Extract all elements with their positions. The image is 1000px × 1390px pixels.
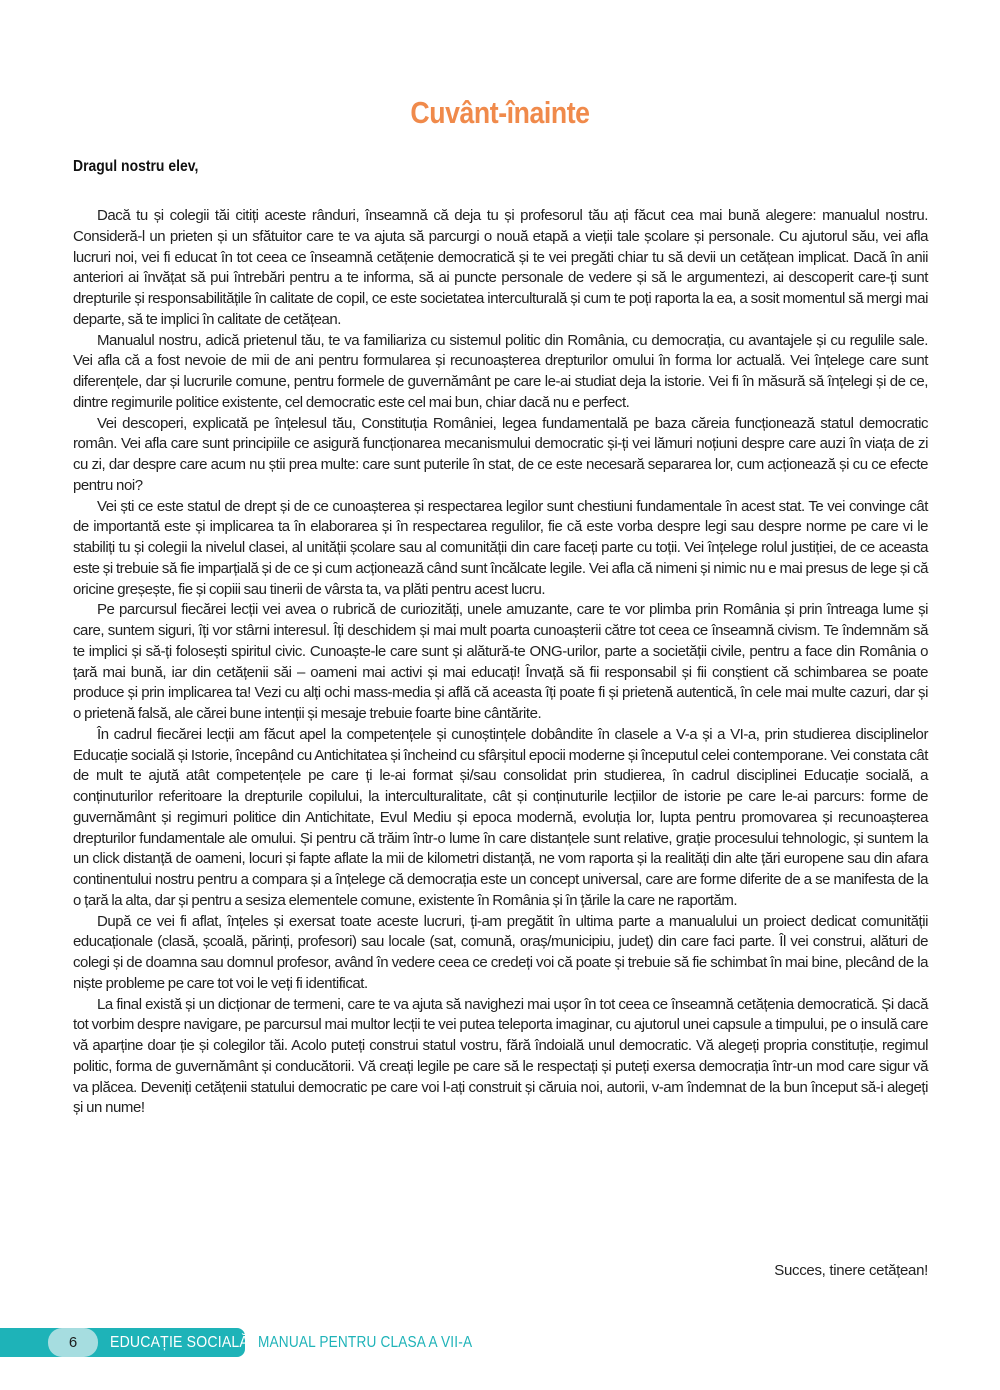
paragraph: La final există și un dicționar de terme… bbox=[73, 995, 928, 1120]
signature: Succes, tinere cetățean! bbox=[774, 1262, 928, 1279]
paragraph: Pe parcursul fiecărei lecții vei avea o … bbox=[73, 600, 928, 725]
paragraph: Dacă tu și colegii tăi citiți aceste rân… bbox=[73, 206, 928, 331]
footer-subject: EDUCAȚIE SOCIALĂ bbox=[110, 1328, 249, 1357]
paragraph: În cadrul fiecărei lecții am făcut apel … bbox=[73, 725, 928, 912]
footer-bar: 6 EDUCAȚIE SOCIALĂ bbox=[0, 1328, 245, 1357]
page-number: 6 bbox=[48, 1328, 98, 1357]
paragraph: După ce vei fi aflat, înțeles și exersat… bbox=[73, 912, 928, 995]
greeting: Dragul nostru elev, bbox=[73, 158, 198, 176]
paragraph: Vei descoperi, explicată pe înțelesul tă… bbox=[73, 414, 928, 497]
body-text: Dacă tu și colegii tăi citiți aceste rân… bbox=[73, 206, 928, 1119]
page-title: Cuvânt-înainte bbox=[70, 95, 930, 131]
paragraph: Vei ști ce este statul de drept și de ce… bbox=[73, 497, 928, 601]
paragraph: Manualul nostru, adică prietenul tău, te… bbox=[73, 331, 928, 414]
page-footer: 6 EDUCAȚIE SOCIALĂ MANUAL PENTRU CLASA A… bbox=[0, 1328, 1000, 1357]
footer-manual-title: MANUAL PENTRU CLASA A VII-A bbox=[258, 1328, 472, 1357]
